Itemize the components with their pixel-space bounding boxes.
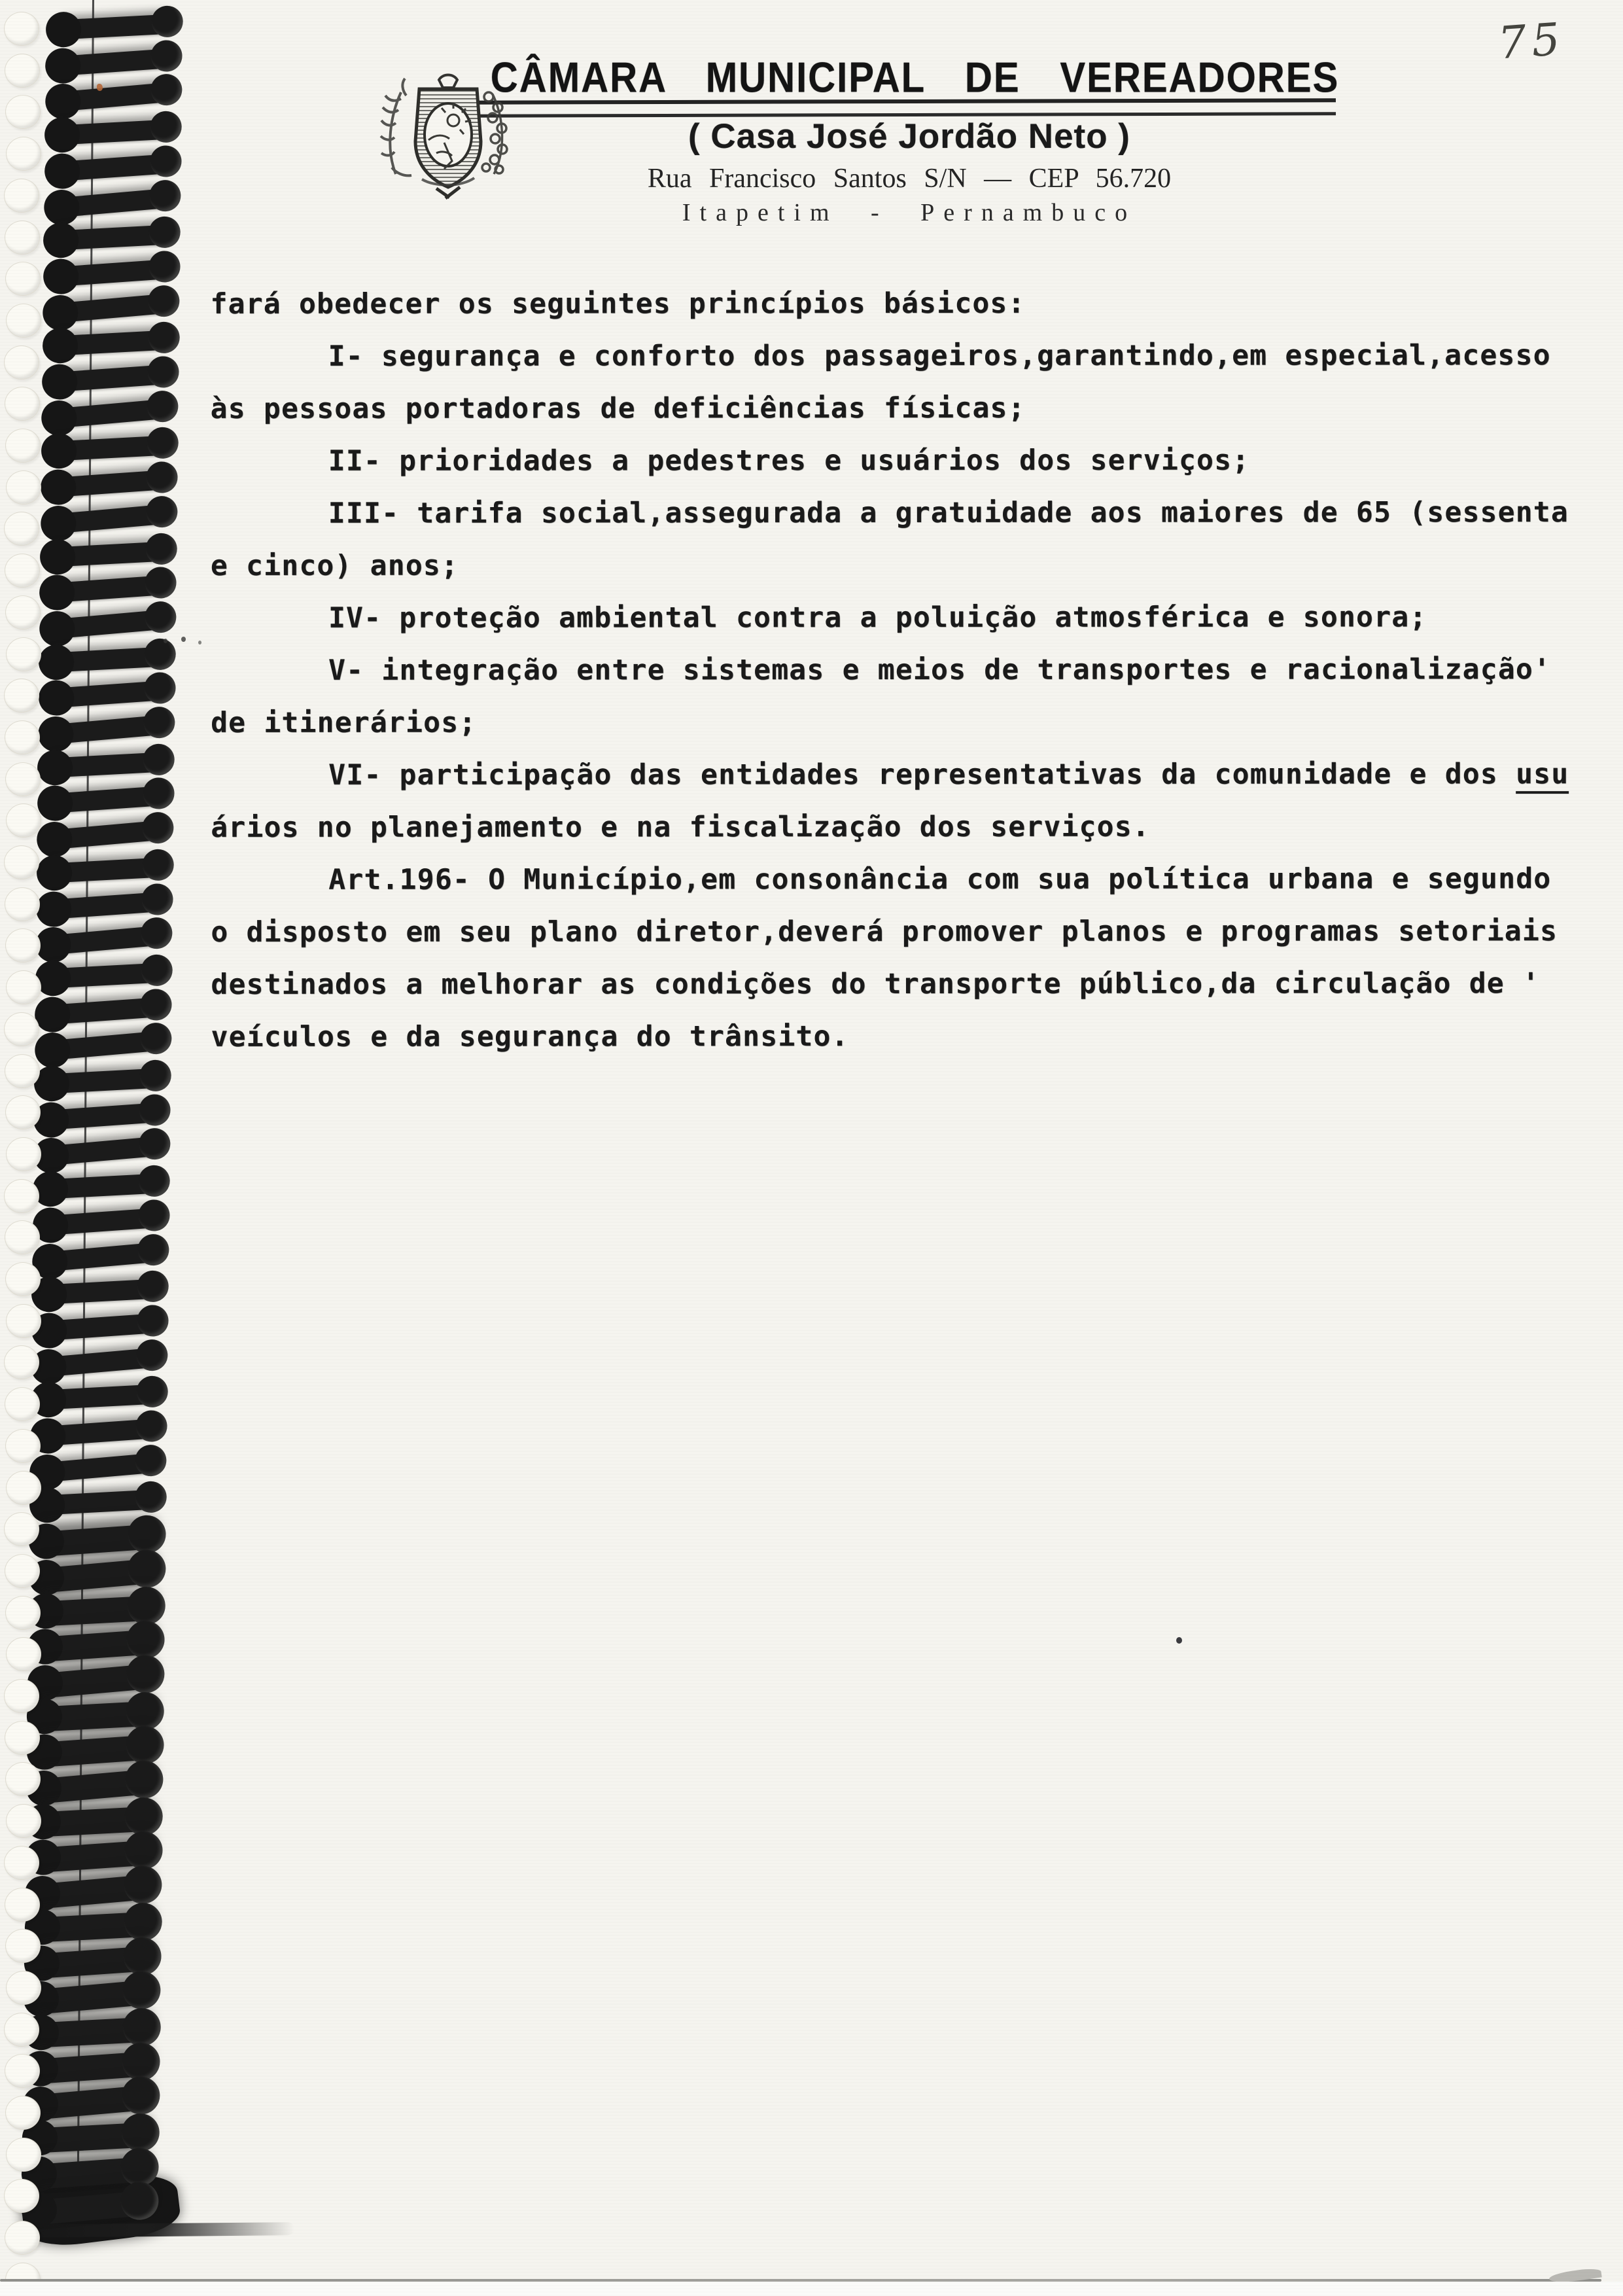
body-line: IV- proteção ambiental contra a poluição… (211, 591, 1591, 645)
binding-loop (51, 436, 171, 461)
body-line: veículos e da segurança do trânsito. (211, 1010, 1591, 1063)
punch-hole (6, 1804, 41, 1838)
scanner-background (0, 2282, 1623, 2296)
binding-loop (56, 48, 176, 76)
punch-hole (4, 1679, 39, 1713)
punch-hole (6, 804, 41, 838)
letterhead-city: Itapetim - Pernambuco (478, 198, 1341, 227)
punch-hole (5, 1721, 40, 1755)
letterhead-title: CÂMARA MUNICIPAL DE VEREADORES (491, 53, 1328, 102)
binding-loop (50, 470, 171, 498)
punch-hole (5, 1387, 40, 1421)
letterhead-subtitle: ( Casa José Jordão Neto ) (478, 116, 1341, 156)
binding-loop (49, 646, 169, 672)
binding-loop (46, 891, 166, 919)
binding-loop (41, 1313, 162, 1341)
punch-hole (6, 137, 41, 171)
punch-hole (4, 345, 39, 380)
punch-hole (6, 1304, 41, 1338)
scan-speck (1176, 1637, 1182, 1644)
hyphenation-carryover: usu (1516, 758, 1569, 794)
punch-hole (6, 1637, 41, 1671)
punch-hole (5, 1095, 41, 1129)
binding-loop (46, 857, 166, 883)
binding-loop (42, 1242, 162, 1272)
binding-loop (55, 82, 175, 113)
document-body: fará obedecer os seguintes princípios bá… (210, 277, 1591, 1063)
punch-hole (5, 595, 41, 629)
punch-hole (6, 970, 41, 1004)
punch-hole (5, 1888, 40, 1922)
punch-hole (6, 1971, 41, 2005)
binding-loop (48, 752, 167, 777)
binding-loop (46, 820, 167, 850)
letterhead-double-rule (466, 98, 1336, 117)
body-line: o disposto em seu plano diretor,deverá p… (211, 905, 1591, 959)
binding-loop (44, 1102, 164, 1130)
punch-hole (4, 1512, 39, 1546)
binding-loop (50, 541, 169, 567)
binding-loop (43, 1173, 163, 1199)
binding-loop (40, 1419, 160, 1447)
body-line: destinados a melhorar as condições do tr… (211, 957, 1591, 1011)
punch-hole (6, 2138, 41, 2172)
punch-hole (4, 1846, 39, 1880)
punch-hole (5, 1429, 41, 1463)
binding-loop (50, 504, 171, 534)
binding-loop (52, 330, 172, 356)
handwritten-page-number: 75 (1496, 14, 1567, 70)
punch-hole (5, 1262, 41, 1296)
punch-hole (5, 1220, 40, 1254)
rust-speck (97, 84, 103, 91)
punch-hole (5, 928, 41, 963)
binding-ink-smudge-tail (13, 2222, 294, 2238)
punch-hole (5, 554, 40, 588)
binding-loop (51, 398, 171, 429)
punch-hole (5, 2096, 41, 2130)
binding-loop (41, 1347, 161, 1377)
body-line: III- tarifa social,assegurada a gratuida… (211, 486, 1591, 540)
body-line: de itinerários; (211, 696, 1591, 749)
body-line: VI- participação das entidades represent… (211, 748, 1591, 802)
punch-hole (5, 887, 40, 921)
punch-hole (5, 2221, 40, 2255)
binding-loop (44, 1068, 164, 1093)
body-line: ários no planejamento e na fiscalização … (211, 800, 1591, 854)
punch-hole (5, 1054, 40, 1088)
punch-hole (5, 2054, 40, 2088)
body-line: II- prioridades a pedestres e usuários d… (211, 434, 1591, 487)
body-line: e cinco) anos; (211, 539, 1591, 592)
binding-loop (49, 609, 169, 639)
binding-loop (48, 680, 169, 709)
scan-speck (198, 641, 201, 645)
binding-loop (52, 364, 172, 393)
punch-hole (4, 1179, 39, 1213)
punch-hole (4, 512, 39, 546)
body-line: I- segurança e conforto dos passageiros,… (211, 329, 1591, 383)
body-line-text: VI- participação das entidades represent… (328, 758, 1516, 792)
punch-hole (6, 1471, 41, 1505)
punch-hole (5, 221, 40, 255)
binding-loop (50, 575, 170, 603)
binding-loop (45, 925, 166, 955)
binding-loop (42, 1279, 162, 1304)
binding-loop (47, 786, 167, 814)
binding-loop (44, 997, 165, 1025)
punch-hole (5, 95, 41, 129)
punch-hole (5, 762, 41, 796)
scanned-document-page: CÂMARA MUNICIPAL DE VEREADORES ( Casa Jo… (0, 0, 1623, 2296)
scan-speck (181, 637, 186, 642)
punch-hole (6, 637, 41, 671)
binding-loop (41, 1385, 160, 1410)
binding-loop (43, 1137, 164, 1167)
punch-hole (5, 1929, 41, 1963)
body-line: Art.196- O Município,em consonância com … (211, 853, 1591, 906)
body-line: às pessoas portadoras de deficiências fí… (211, 381, 1591, 435)
binding-loop (39, 1490, 159, 1515)
punch-hole (4, 679, 39, 713)
binding-loop (43, 1207, 163, 1235)
punch-hole (5, 262, 41, 296)
punch-hole (6, 470, 41, 504)
municipal-seal-icon (376, 69, 520, 203)
punch-hole (4, 845, 39, 879)
punch-hole (4, 12, 39, 46)
punch-hole (5, 54, 40, 88)
binding-loop (44, 1031, 165, 1061)
spiral-binding (0, 0, 196, 2296)
punch-hole (6, 304, 41, 338)
binding-loop (54, 153, 175, 181)
punch-hole (6, 1137, 41, 1171)
punch-hole (4, 179, 39, 213)
binding-loop (55, 119, 175, 145)
punch-hole (4, 1012, 39, 1046)
binding-loop (54, 224, 173, 250)
binding-loop (53, 259, 173, 287)
binding-loop (54, 188, 174, 218)
binding-loop (39, 1453, 160, 1483)
punch-hole (4, 2013, 39, 2047)
binding-loop (56, 14, 175, 39)
binding-loop (52, 293, 173, 323)
punch-hole (5, 387, 40, 421)
binding-loop (48, 715, 168, 745)
letterhead-address: Rua Francisco Santos S/N — CEP 56.720 (478, 163, 1341, 194)
scan-speck (164, 639, 167, 643)
body-line: fará obedecer os seguintes princípios bá… (210, 277, 1590, 330)
punch-hole (5, 1596, 41, 1630)
punch-hole (5, 1554, 40, 1588)
punch-hole (5, 429, 41, 463)
body-line: V- integração entre sistemas e meios de … (211, 643, 1591, 697)
binding-loop (45, 963, 165, 988)
punch-hole (5, 720, 40, 754)
